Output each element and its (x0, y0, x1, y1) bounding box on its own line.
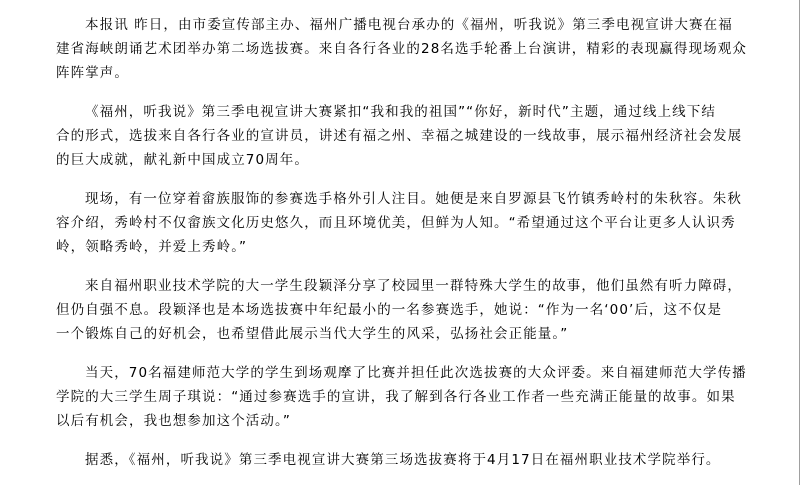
paragraph-intro: 本报讯 昨日，由市委宣传部主办、福州广播电视台承办的《福州，听我说》第三季电视宣… (56, 13, 746, 85)
text-line: 《福州，听我说》第三季电视宣讲大赛紧扣“我和我的祖国”“你好，新时代”主题，通过… (56, 100, 746, 124)
text-line: 本报讯 昨日，由市委宣传部主办、福州广播电视台承办的《福州，听我说》第三季电视宣… (56, 13, 746, 37)
text-line: 学院的大三学生周子琪说：“通过参赛选手的宣讲，我了解到各行各业工作者一些充满正能… (56, 385, 746, 409)
text-line: 合的形式，选拔来自各行各业的宣讲员，讲述有福之州、幸福之城建设的一线故事，展示福… (56, 124, 746, 148)
text-line: 建省海峡朗诵艺术团举办第二场选拔赛。来自各行各业的28名选手轮番上台演讲，精彩的… (56, 37, 746, 61)
text-line: 现场，有一位穿着畲族服饰的参赛选手格外引人注目。她便是来自罗源县飞竹镇秀岭村的朱… (56, 187, 746, 211)
text-line: 来自福州职业技术学院的大一学生段颖泽分享了校园里一群特殊大学生的故事，他们虽然有… (56, 274, 746, 298)
text-line: 以后有机会，我也想参加这个活动。” (56, 409, 746, 433)
paragraph-contestant-zhu: 现场，有一位穿着畲族服饰的参赛选手格外引人注目。她便是来自罗源县飞竹镇秀岭村的朱… (56, 187, 746, 259)
text-line: 但仍自强不息。段颖泽也是本场选拔赛中年纪最小的一名参赛选手，她说：“作为一名‘0… (56, 298, 746, 322)
text-line: 容介绍，秀岭村不仅畲族文化历史悠久，而且环境优美，但鲜为人知。“希望通过这个平台… (56, 211, 746, 235)
text-line: 阵阵掌声。 (56, 61, 746, 85)
paragraph-next-round: 据悉，《福州，听我说》第三季电视宣讲大赛第三场选拔赛将于4月17日在福州职业技术… (56, 448, 746, 472)
text-line: 一个锻炼自己的好机会，也希望借此展示当代大学生的风采，弘扬社会正能量。” (56, 322, 746, 346)
text-line: 据悉，《福州，听我说》第三季电视宣讲大赛第三场选拔赛将于4月17日在福州职业技术… (56, 448, 746, 472)
paragraph-audience-judges: 当天，70名福建师范大学的学生到场观摩了比赛并担任此次选拔赛的大众评委。来自福建… (56, 361, 746, 433)
text-line: 的巨大成就，献礼新中国成立70周年。 (56, 148, 746, 172)
news-article: 本报讯 昨日，由市委宣传部主办、福州广播电视台承办的《福州，听我说》第三季电视宣… (56, 13, 746, 485)
paragraph-theme: 《福州，听我说》第三季电视宣讲大赛紧扣“我和我的祖国”“你好，新时代”主题，通过… (56, 100, 746, 172)
text-line: 岭，领略秀岭，并爱上秀岭。” (56, 235, 746, 259)
paragraph-contestant-duan: 来自福州职业技术学院的大一学生段颖泽分享了校园里一群特殊大学生的故事，他们虽然有… (56, 274, 746, 346)
document-page: 本报讯 昨日，由市委宣传部主办、福州广播电视台承办的《福州，听我说》第三季电视宣… (0, 0, 800, 485)
text-line: 当天，70名福建师范大学的学生到场观摩了比赛并担任此次选拔赛的大众评委。来自福建… (56, 361, 746, 385)
